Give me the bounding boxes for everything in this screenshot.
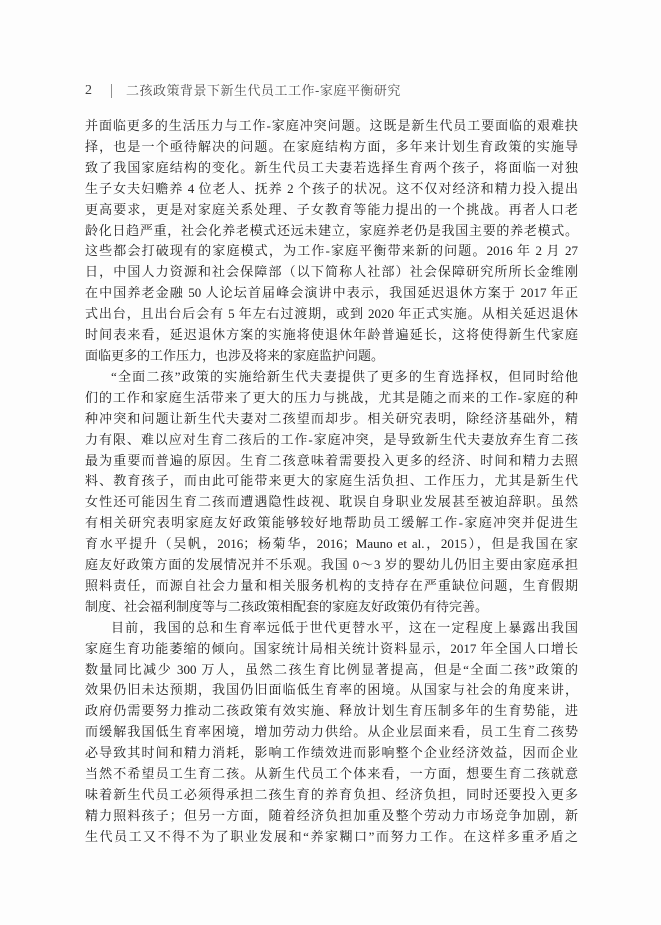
paragraph: 并面临更多的生活压力与工作-家庭冲突问题。这既是新生代员工要面临的艰难抉择，也是… (85, 116, 578, 367)
text-line: “全面二孩”政策的实施给新生代夫妻提供了更多的生育选择权，但同时给他 (85, 367, 578, 388)
text-line: 目前，我国的总和生育率远低于世代更替水平，这在一定程度上暴露出我国 (85, 618, 578, 639)
text-line: 这些都会打破现有的家庭模式，为工作-家庭平衡带来新的问题。2016 年 2 月 … (85, 241, 578, 262)
text-line: 料、教育孩子，而由此可能带来更大的家庭生活负担、工作压力，尤其是新生代 (85, 471, 578, 492)
text-line: 时间表来看，延迟退休方案的实施将使退休年龄普遍延长，这将使得新生代家庭 (85, 325, 578, 346)
text-line: 家庭生育功能萎缩的倾向。国家统计局相关统计资料显示，2017 年全国人口增长 (85, 639, 578, 660)
book-page: 2 二孩政策背景下新生代员工工作-家庭平衡研究 并面临更多的生活压力与工作-家庭… (0, 0, 661, 925)
text-line: 致了我国家庭结构的变化。新生代员工夫妻若选择生育两个孩子，将面临一对独 (85, 158, 578, 179)
text-line: 面临更多的工作压力，也涉及将来的家庭监护问题。 (85, 346, 578, 367)
text-line: 效果仍旧未达预期，我国仍旧面临低生育率的困境。从国家与社会的角度来讲， (85, 680, 578, 701)
text-line: 在中国养老金融 50 人论坛首届峰会演讲中表示，我国延迟退休方案于 2017 年… (85, 283, 578, 304)
running-title: 二孩政策背景下新生代员工工作-家庭平衡研究 (126, 82, 401, 100)
text-line: 而缓解我国低生育率困境，增加劳动力供给。从企业层面来看，员工生育二孩势 (85, 722, 578, 743)
text-line: 择，也是一个亟待解决的问题。在家庭结构方面，多年来计划生育政策的实施导 (85, 137, 578, 158)
header-divider (111, 84, 112, 98)
text-line: 制度、社会福利制度等与二孩政策相配套的家庭友好政策仍有待完善。 (85, 597, 578, 618)
text-line: 们的工作和家庭生活带来了更大的压力与挑战，尤其是随之而来的工作-家庭的种 (85, 388, 578, 409)
text-line: 女性还可能因生育二孩而遭遇隐性歧视、耽误自身职业发展甚至被迫辞职。虽然 (85, 492, 578, 513)
text-line: 式出台，且出台后会有 5 年左右过渡期，或到 2020 年正式实施。从相关延迟退… (85, 304, 578, 325)
text-line: 庭友好政策方面的发展情况并不乐观。我国 0～3 岁的婴幼儿仍旧主要由家庭承担 (85, 555, 578, 576)
text-line: 照料责任，而源自社会力量和相关服务机构的支持存在严重缺位问题，生育假期 (85, 576, 578, 597)
text-line: 生代员工又不得不为了职业发展和“养家糊口”而努力工作。在这样多重矛盾之 (85, 827, 578, 848)
text-line: 当然不希望员工生育二孩。从新生代员工个体来看，一方面，想要生育二孩就意 (85, 764, 578, 785)
text-line: 必导致其时间和精力消耗，影响工作绩效进而影响整个企业经济效益，因而企业 (85, 743, 578, 764)
text-line: 龄化日趋严重，社会化养老模式还远未建立，家庭养老仍是我国主要的养老模式。 (85, 221, 578, 242)
body-text: 并面临更多的生活压力与工作-家庭冲突问题。这既是新生代员工要面临的艰难抉择，也是… (85, 116, 578, 848)
text-line: 力有限、难以应对生育二孩后的工作-家庭冲突，是导致新生代夫妻放弃生育二孩 (85, 430, 578, 451)
text-line: 政府仍需要努力推动二孩政策有效实施、释放计划生育压制多年的生育势能，进 (85, 701, 578, 722)
text-line: 育水平提升（吴帆，2016；杨菊华，2016；Mauno et al.，2015… (85, 534, 578, 555)
text-line: 精力照料孩子；但另一方面，随着经济负担加重及整个劳动力市场竞争加剧，新 (85, 806, 578, 827)
text-line: 并面临更多的生活压力与工作-家庭冲突问题。这既是新生代员工要面临的艰难抉 (85, 116, 578, 137)
text-line: 有相关研究表明家庭友好政策能够较好地帮助员工缓解工作-家庭冲突并促进生 (85, 513, 578, 534)
text-line: 最为重要而普遍的原因。生育二孩意味着需要投入更多的经济、时间和精力去照 (85, 451, 578, 472)
text-line: 生子女夫妇赡养 4 位老人、抚养 2 个孩子的状况。这不仅对经济和精力投入提出 (85, 179, 578, 200)
text-line: 更高要求，更是对家庭关系处理、子女教育等能力提出的一个挑战。再者人口老 (85, 200, 578, 221)
text-line: 日，中国人力资源和社会保障部（以下简称人社部）社会保障研究所所长金维刚 (85, 262, 578, 283)
page-number: 2 (85, 82, 92, 100)
running-header: 2 二孩政策背景下新生代员工工作-家庭平衡研究 (85, 82, 578, 100)
paragraph: “全面二孩”政策的实施给新生代夫妻提供了更多的生育选择权，但同时给他们的工作和家… (85, 367, 578, 618)
text-line: 味着新生代员工必须得承担二孩生育的养育负担、经济负担，同时还要投入更多 (85, 785, 578, 806)
text-line: 数量同比减少 300 万人，虽然二孩生育比例显著提高，但是“全面二孩”政策的 (85, 660, 578, 681)
text-line: 种冲突和问题让新生代夫妻对二孩望而却步。相关研究表明，除经济基础外，精 (85, 409, 578, 430)
paragraph: 目前，我国的总和生育率远低于世代更替水平，这在一定程度上暴露出我国家庭生育功能萎… (85, 618, 578, 848)
